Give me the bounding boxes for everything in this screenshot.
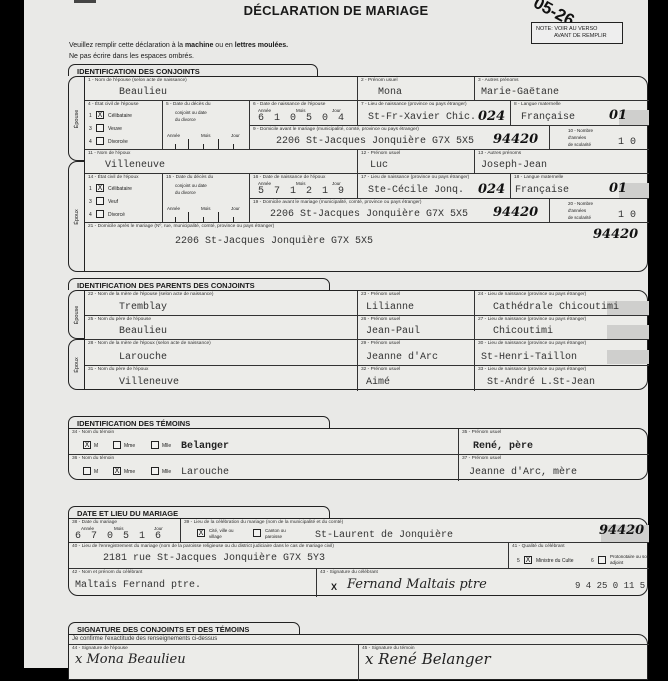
- field-40[interactable]: 40 - Lieu de l'enregistrement du mariage…: [69, 543, 509, 569]
- instructions: Veuillez remplir cette déclaration à la …: [69, 40, 288, 62]
- field-label: 23 - Prénom usuel: [361, 292, 400, 297]
- temoin-signature: x René Belanger: [365, 650, 491, 668]
- code-handwritten: 94420: [599, 523, 644, 538]
- side-label-epoux: Époux: [68, 161, 84, 272]
- field-label: Année: [167, 133, 180, 138]
- checkbox-mlle[interactable]: [151, 467, 159, 475]
- field-label: 3: [89, 199, 92, 205]
- epoux-scolarite: 1 0: [618, 210, 636, 221]
- date-tick: [233, 144, 234, 149]
- field-label: 18 - Langue maternelle: [514, 175, 563, 180]
- field-label: du divorce: [175, 190, 196, 195]
- code-handwritten: 01: [609, 108, 627, 123]
- field-label: 13 - Autres prénoms: [478, 151, 521, 156]
- checkbox-m[interactable]: X: [83, 441, 91, 449]
- field-15[interactable]: 15 - Date du décès du conjoint ou date d…: [163, 174, 250, 223]
- field-18[interactable]: 18 - Langue maternelle Française 01: [511, 174, 649, 199]
- field-label: du divorce: [175, 117, 196, 122]
- checkbox-m[interactable]: [83, 467, 91, 475]
- field-label: 29 - Prénom usuel: [361, 341, 400, 346]
- field-label: Mme: [124, 443, 135, 449]
- field-label: 20 - Nombre: [568, 201, 593, 206]
- epoux-langue: Française: [515, 185, 569, 196]
- instr-text: ou en: [213, 42, 234, 49]
- code-handwritten: 94420: [493, 205, 538, 220]
- checkbox-protonotaire[interactable]: [598, 556, 606, 564]
- field-29[interactable]: 29 - Prénom usuelJeanne d'Arc: [358, 340, 475, 366]
- field-label: 14 - État civil de l'époux: [88, 175, 139, 180]
- checkbox-mme[interactable]: X: [113, 467, 121, 475]
- epoux-domicile: 2206 St-Jacques Jonquière G7X 5X5: [270, 209, 468, 220]
- epoux-date-naissance: 5 7 1 2 1 9: [258, 186, 346, 197]
- code-handwritten: 94420: [493, 132, 538, 147]
- field-19[interactable]: 19 - Domicile avant le mariage (municipa…: [250, 199, 550, 223]
- parent-name: Beaulieu: [119, 326, 167, 337]
- section-title: DATE ET LIEU DU MARIAGE: [68, 506, 330, 518]
- date-tick: [188, 212, 189, 222]
- date-tick: [218, 139, 219, 149]
- field-label: 9 - Domicile avant le mariage (municipal…: [253, 127, 419, 132]
- checkbox-canton[interactable]: [253, 529, 261, 537]
- epoux-prenom: Luc: [370, 160, 388, 171]
- field-label: 34 - Nom du témoin: [72, 430, 114, 435]
- field-label: conjoint ou date: [175, 183, 207, 188]
- field-4: 4 - État civil de l'épouse 1XCélibataire…: [85, 101, 163, 150]
- code-handwritten: 024: [478, 109, 505, 124]
- field-30[interactable]: 30 - Lieu de naissance (province ou pays…: [475, 340, 649, 366]
- field-label: 6: [591, 558, 594, 564]
- checkbox-celibataire[interactable]: X: [96, 111, 104, 119]
- parent-birthplace: Chicoutimi: [493, 326, 553, 337]
- temoin-name: Larouche: [181, 467, 229, 478]
- checkbox-divorce[interactable]: [96, 210, 104, 218]
- field-label: 8 - Langue maternelle: [514, 102, 561, 107]
- temoin-first-name: René, père: [473, 441, 533, 452]
- section-parents: IDENTIFICATION DES PARENTS DES CONJOINTS…: [68, 278, 648, 394]
- field-label: 11 - Nom de l'époux: [88, 151, 130, 156]
- field-label: Mois: [201, 133, 211, 138]
- field-label: Veuve: [108, 126, 122, 132]
- field-24[interactable]: 24 - Lieu de naissance (province ou pays…: [475, 291, 649, 316]
- field-label: M: [94, 469, 98, 475]
- field-label: Jour: [231, 133, 240, 138]
- field-31[interactable]: 31 - Nom du père de l'épouxVilleneuve: [85, 366, 358, 391]
- field-label: 21 - Domicile après le mariage (Nº, rue,…: [88, 224, 274, 229]
- field-42[interactable]: 42 - Nom et prénom du célébrant Maltais …: [69, 569, 317, 597]
- field-21[interactable]: 21 - Domicile après le mariage (Nº, rue,…: [85, 223, 649, 271]
- field-label: Mlle: [162, 443, 171, 449]
- field-label: 5 - Date du décès du: [166, 102, 211, 107]
- field-28[interactable]: 28 - Nom de la mère de l'époux (selon ac…: [85, 340, 358, 366]
- field-label: Protonotaire ou son adjoint: [610, 554, 650, 566]
- field-43[interactable]: 43 - Signature du célébrant X Fernand Ma…: [317, 569, 649, 597]
- field-7[interactable]: 7 - Lieu de naissance (province ou pays …: [358, 101, 511, 126]
- section-mariage: DATE ET LIEU DU MARIAGE 38 - Date du mar…: [68, 506, 648, 596]
- field-label: 19 - Domicile avant le mariage (municipa…: [253, 200, 422, 205]
- field-label: conjoint ou date: [175, 110, 207, 115]
- section-title: IDENTIFICATION DES TÉMOINS: [68, 416, 330, 428]
- code-handwritten: 94420: [593, 227, 638, 242]
- field-label: de scolarité: [568, 215, 591, 220]
- instr-text: Veuillez remplir cette déclaration à la: [69, 42, 185, 49]
- field-34[interactable]: 34 - Nom du témoin XM Mme Mlle Belanger: [69, 429, 459, 455]
- field-label: Célibataire: [108, 186, 132, 192]
- field-20[interactable]: 20 - Nombre d'années de scolarité 1 0: [550, 199, 649, 223]
- field-label: 17 - Lieu de naissance (province ou pays…: [361, 175, 469, 180]
- field-label: 26 - Prénom usuel: [361, 317, 400, 322]
- code-handwritten: 024: [478, 182, 505, 197]
- field-label: 35 - Prénom usuel: [462, 430, 501, 435]
- field-label: M: [94, 443, 98, 449]
- celebrant-name: Maltais Fernand ptre.: [75, 580, 201, 591]
- field-label: 28 - Nom de la mère de l'époux (selon ac…: [88, 341, 211, 346]
- field-label: 41 - Qualité du célébrant: [512, 544, 565, 549]
- field-label: 31 - Nom du père de l'époux: [88, 367, 148, 372]
- field-label: 5: [517, 558, 520, 564]
- confirm-row: Je confirme l'exactitude des renseigneme…: [69, 635, 649, 645]
- date-mariage: 6 7 0 5 1 6: [75, 531, 163, 542]
- field-label: Jour: [231, 206, 240, 211]
- field-8[interactable]: 8 - Langue maternelle Française 01: [511, 101, 649, 126]
- field-label: 25 - Nom du père de l'épouse: [88, 317, 151, 322]
- parent-birthplace: Cathédrale Chicoutimi: [493, 302, 619, 313]
- side-label-epouse: Épouse: [68, 76, 84, 161]
- epouse-prenom: Mona: [378, 87, 402, 98]
- shaded-area: [607, 350, 649, 364]
- field-label: d'années: [568, 208, 586, 213]
- field-label: 4: [89, 212, 92, 218]
- field-label: Mois: [201, 206, 211, 211]
- field-label: de scolarité: [568, 142, 591, 147]
- field-14: 14 - État civil de l'époux 1XCélibataire…: [85, 174, 163, 223]
- domicile-apres-mariage: 2206 St-Jacques Jonquière G7X 5X5: [175, 236, 373, 247]
- field-label: 4: [89, 139, 92, 145]
- temoin-first-name: Jeanne d'Arc, mère: [469, 467, 577, 478]
- field-label: 1: [89, 113, 92, 119]
- field-label: 22 - Nom de la mère de l'épouse (selon a…: [88, 292, 213, 297]
- section-title: IDENTIFICATION DES CONJOINTS: [68, 64, 318, 76]
- field-label: 42 - Nom et prénom du célébrant: [72, 570, 142, 575]
- parent-first-name: Jeanne d'Arc: [366, 352, 438, 363]
- field-3[interactable]: 3 - Autres prénoms Marie-Gaëtane: [475, 77, 649, 101]
- field-label: 39 - Lieu de la célébration du mariage (…: [184, 520, 343, 525]
- field-label: 43 - Signature du célébrant: [320, 570, 378, 575]
- field-44[interactable]: 44 - Signature de l'épouse x Mona Beauli…: [69, 645, 359, 668]
- field-label: d'années: [568, 135, 586, 140]
- field-27[interactable]: 27 - Lieu de naissance (province ou pays…: [475, 316, 649, 340]
- field-label: Année: [167, 206, 180, 211]
- checkbox-veuf[interactable]: [96, 197, 104, 205]
- field-label: 36 - Nom du témoin: [72, 456, 114, 461]
- epouse-domicile: 2206 St-Jacques Jonquière G7X 5X5: [276, 136, 474, 147]
- checkbox-ministre-culte[interactable]: X: [524, 556, 532, 564]
- section-temoins: IDENTIFICATION DES TÉMOINS 34 - Nom du t…: [68, 416, 648, 480]
- field-label: Célibataire: [108, 113, 132, 119]
- epouse-nom: Beaulieu: [119, 87, 167, 98]
- field-17[interactable]: 17 - Lieu de naissance (province ou pays…: [358, 174, 511, 199]
- date-tick: [175, 144, 176, 149]
- field-label: 10 - Nombre: [568, 128, 593, 133]
- field-38[interactable]: 38 - Date du mariage Année Mois Jour 6 7…: [69, 519, 181, 543]
- section-title: IDENTIFICATION DES PARENTS DES CONJOINTS: [68, 278, 330, 290]
- field-12[interactable]: 12 - Prénom usuel Luc: [358, 150, 475, 174]
- checkbox-divorcee[interactable]: [96, 137, 104, 145]
- field-label: 16 - Date de naissance de l'époux: [253, 175, 325, 180]
- parent-name: Tremblay: [119, 302, 167, 313]
- field-label: 32 - Prénom usuel: [361, 367, 400, 372]
- lieu-enregistrement: 2181 rue St-Jacques Jonquière G7X 5Y3: [103, 553, 325, 564]
- side-label-epoux: Époux: [68, 339, 84, 390]
- field-label: 1 - Nom de l'épouse (selon acte de naiss…: [88, 78, 187, 83]
- parent-first-name: Jean-Paul: [366, 326, 420, 337]
- celebrant-signature: Fernand Maltais ptre: [347, 577, 487, 592]
- field-6[interactable]: 6 - Date de naissance de l'épouse Année …: [250, 101, 358, 126]
- field-label: 4 - État civil de l'épouse: [88, 102, 139, 107]
- field-label: 30 - Lieu de naissance (province ou pays…: [478, 341, 586, 346]
- epouse-date-naissance: 6 1 0 5 0 4: [258, 113, 346, 124]
- epouse-lieu-naissance: St-Fr-Xavier Chic.: [368, 112, 476, 123]
- field-35[interactable]: 35 - Prénom usuel René, père: [459, 429, 649, 455]
- field-23[interactable]: 23 - Prénom usuelLilianne: [358, 291, 475, 316]
- field-41: 41 - Qualité du célébrant 5 X Ministre d…: [509, 543, 649, 569]
- field-label: 27 - Lieu de naissance (province ou pays…: [478, 317, 586, 322]
- signatures-box: Je confirme l'exactitude des renseigneme…: [68, 634, 648, 668]
- date-tick: [203, 217, 204, 222]
- lieu-celebration: St-Laurent de Jonquière: [315, 530, 453, 541]
- field-label: Divorcée: [108, 139, 128, 145]
- checkbox-mlle[interactable]: [151, 441, 159, 449]
- epouse-langue: Française: [521, 112, 575, 123]
- section-title: SIGNATURE DES CONJOINTS ET DES TÉMOINS: [68, 622, 300, 634]
- field-26[interactable]: 26 - Prénom usuelJean-Paul: [358, 316, 475, 340]
- mariage-box: 38 - Date du mariage Année Mois Jour 6 7…: [68, 518, 648, 596]
- field-16[interactable]: 16 - Date de naissance de l'époux Année …: [250, 174, 358, 199]
- checkbox-mme[interactable]: [113, 441, 121, 449]
- epoux-autres-prenoms: Joseph-Jean: [481, 160, 547, 171]
- field-32[interactable]: 32 - Prénom usuelAimé: [358, 366, 475, 391]
- epouse-scolarite: 1 0: [618, 137, 636, 148]
- date-tick: [218, 212, 219, 222]
- shaded-area: [607, 325, 649, 339]
- epouse-signature: x Mona Beaulieu: [75, 652, 186, 667]
- field-2[interactable]: 2 - Prénom usuel Mona: [358, 77, 475, 101]
- field-label: 3 - Autres prénoms: [478, 78, 519, 83]
- field-label: 33 - Lieu de naissance (province ou pays…: [478, 367, 586, 372]
- field-label: Ministre du Culte: [536, 558, 574, 564]
- field-label: 1: [89, 186, 92, 192]
- field-25[interactable]: 25 - Nom du père de l'épouseBeaulieu: [85, 316, 358, 340]
- field-label: Mme: [124, 469, 135, 475]
- field-label: Veuf: [108, 199, 118, 205]
- field-39[interactable]: 39 - Lieu de la célébration du mariage (…: [181, 519, 649, 543]
- parent-birthplace: St-Henri-Taillon: [481, 352, 577, 363]
- date-tick: [175, 217, 176, 222]
- instr-line-2: Ne pas écrire dans les espaces ombrés.: [69, 51, 288, 62]
- date-tick: [203, 144, 204, 149]
- field-label: 24 - Lieu de naissance (province ou pays…: [478, 292, 586, 297]
- parent-first-name: Aimé: [366, 377, 390, 388]
- field-label: Mlle: [162, 469, 171, 475]
- note-line-1: NOTE: VOIR AU VERSO: [536, 26, 597, 32]
- field-13[interactable]: 13 - Autres prénoms Joseph-Jean: [475, 150, 649, 174]
- field-label: 2 - Prénom usuel: [361, 78, 398, 83]
- section-conjoints: IDENTIFICATION DES CONJOINTS Épouse Épou…: [68, 64, 648, 272]
- field-label: 7 - Lieu de naissance (province ou pays …: [361, 102, 467, 107]
- field-label: 12 - Prénom usuel: [361, 151, 400, 156]
- epoux-lieu-naissance: Ste-Cécile Jonq.: [368, 185, 464, 196]
- parent-name: Villeneuve: [119, 377, 179, 388]
- section-signatures: SIGNATURE DES CONJOINTS ET DES TÉMOINS J…: [68, 622, 648, 668]
- field-37[interactable]: 37 - Prénom usuel Jeanne d'Arc, mère: [459, 455, 649, 481]
- epouse-autres-prenoms: Marie-Gaëtane: [481, 87, 559, 98]
- field-45[interactable]: 45 - Signature du témoin x René Belanger: [359, 645, 649, 668]
- field-label: 3: [89, 126, 92, 132]
- date-tick: [188, 139, 189, 149]
- checkbox-cite-ville[interactable]: X: [197, 529, 205, 537]
- date-tick: [233, 217, 234, 222]
- field-label: 15 - Date du décès du: [166, 175, 213, 180]
- epoux-nom: Villeneuve: [105, 160, 165, 171]
- marriage-declaration-form: DÉCLARATION DE MARIAGE 05-26 NOTE: VOIR …: [24, 0, 648, 668]
- field-label: Canton ou paroisse: [265, 528, 299, 540]
- code-number: 9 4 25 0 11 5: [575, 581, 645, 591]
- parent-name: Larouche: [119, 352, 167, 363]
- field-33[interactable]: 33 - Lieu de naissance (province ou pays…: [475, 366, 649, 391]
- field-label: 40 - Lieu de l'enregistrement du mariage…: [72, 544, 334, 549]
- checkbox-celibataire[interactable]: X: [96, 184, 104, 192]
- field-label: 38 - Date du mariage: [72, 520, 117, 525]
- code-handwritten: 01: [609, 181, 627, 196]
- side-label-epouse: Épouse: [68, 290, 84, 339]
- field-1[interactable]: 1 - Nom de l'épouse (selon acte de naiss…: [85, 77, 358, 101]
- field-label: 37 - Prénom usuel: [462, 456, 501, 461]
- field-5[interactable]: 5 - Date du décès du conjoint ou date du…: [163, 101, 250, 150]
- instr-bold: lettres moulées.: [235, 42, 288, 49]
- parent-first-name: Lilianne: [366, 302, 414, 313]
- parent-birthplace: St-André L.St-Jean: [487, 377, 595, 388]
- field-22[interactable]: 22 - Nom de la mère de l'épouse (selon a…: [85, 291, 358, 316]
- field-label: 6 - Date de naissance de l'épouse: [253, 102, 325, 107]
- field-label: 44 - Signature de l'épouse: [72, 646, 128, 651]
- note-line-2: AVANT DE REMPLIR: [536, 33, 618, 40]
- field-label: Divorcé: [108, 212, 125, 218]
- field-10[interactable]: 10 - Nombre d'années de scolarité 1 0: [550, 126, 649, 150]
- temoins-box: 34 - Nom du témoin XM Mme Mlle Belanger …: [68, 428, 648, 480]
- temoin-name: Belanger: [181, 441, 229, 452]
- field-11[interactable]: 11 - Nom de l'époux Villeneuve: [85, 150, 358, 174]
- parents-box: 22 - Nom de la mère de l'épouse (selon a…: [84, 290, 648, 390]
- conjoints-box: 1 - Nom de l'épouse (selon acte de naiss…: [84, 76, 648, 272]
- field-9[interactable]: 9 - Domicile avant le mariage (municipal…: [250, 126, 550, 150]
- field-label: Je confirme l'exactitude des renseigneme…: [72, 636, 217, 642]
- field-label: Cité, ville ou village: [209, 528, 237, 540]
- field-36[interactable]: 36 - Nom du témoin M XMme Mlle Larouche: [69, 455, 459, 481]
- note-box: NOTE: VOIR AU VERSO AVANT DE REMPLIR: [531, 22, 623, 44]
- checkbox-veuve[interactable]: [96, 124, 104, 132]
- instr-bold: machine: [185, 42, 213, 49]
